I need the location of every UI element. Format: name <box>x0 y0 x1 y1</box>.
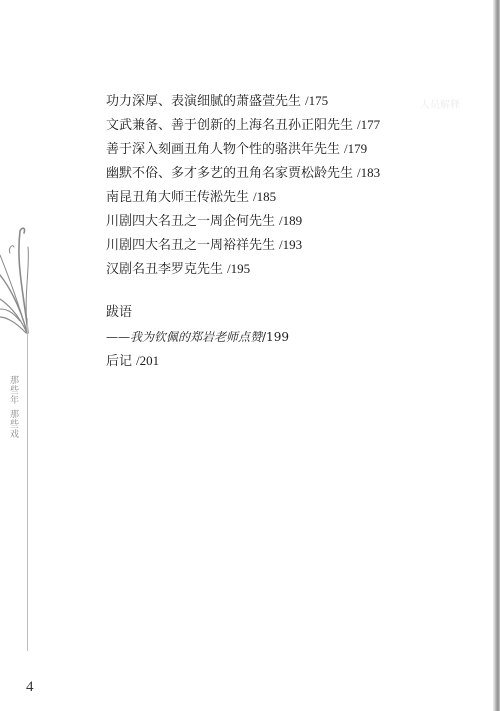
running-title: 那些年 那些戏 <box>6 375 18 439</box>
toc-entry[interactable]: 善于深入刻画丑角人物个性的骆洪年先生/179 <box>106 137 426 161</box>
table-of-contents: 功力深厚、表演细腻的萧盛萱先生/175 文武兼备、善于创新的上海名丑孙正阳先生/… <box>106 89 426 373</box>
page-binding-edge <box>493 0 500 711</box>
toc-postscript[interactable]: 后记/201 <box>106 349 426 373</box>
margin-rule <box>27 318 28 651</box>
toc-entry[interactable]: 川剧四大名丑之一周企何先生/189 <box>106 209 426 233</box>
show-through-text <box>300 450 303 461</box>
show-through-text: 人员解释 <box>420 96 460 111</box>
toc-entry[interactable]: 川剧四大名丑之一周裕祥先生/193 <box>106 233 426 257</box>
toc-entry[interactable]: 南昆丑角大师王传淞先生/185 <box>106 185 426 209</box>
toc-entry[interactable]: 幽默不俗、多才多艺的丑角名家贾松龄先生/183 <box>106 161 426 185</box>
section-gap <box>106 281 426 301</box>
toc-entry[interactable]: 汉剧名丑李罗克先生/195 <box>106 257 426 281</box>
toc-afterword-heading[interactable]: 跋语 <box>106 301 426 325</box>
toc-entry[interactable]: 功力深厚、表演细腻的萧盛萱先生/175 <box>106 89 426 113</box>
toc-afterword-subtitle[interactable]: ——我为钦佩的郑岩老师点赞/199 <box>106 325 426 349</box>
toc-entry[interactable]: 文武兼备、善于创新的上海名丑孙正阳先生/177 <box>106 113 426 137</box>
page-number: 4 <box>26 679 34 696</box>
